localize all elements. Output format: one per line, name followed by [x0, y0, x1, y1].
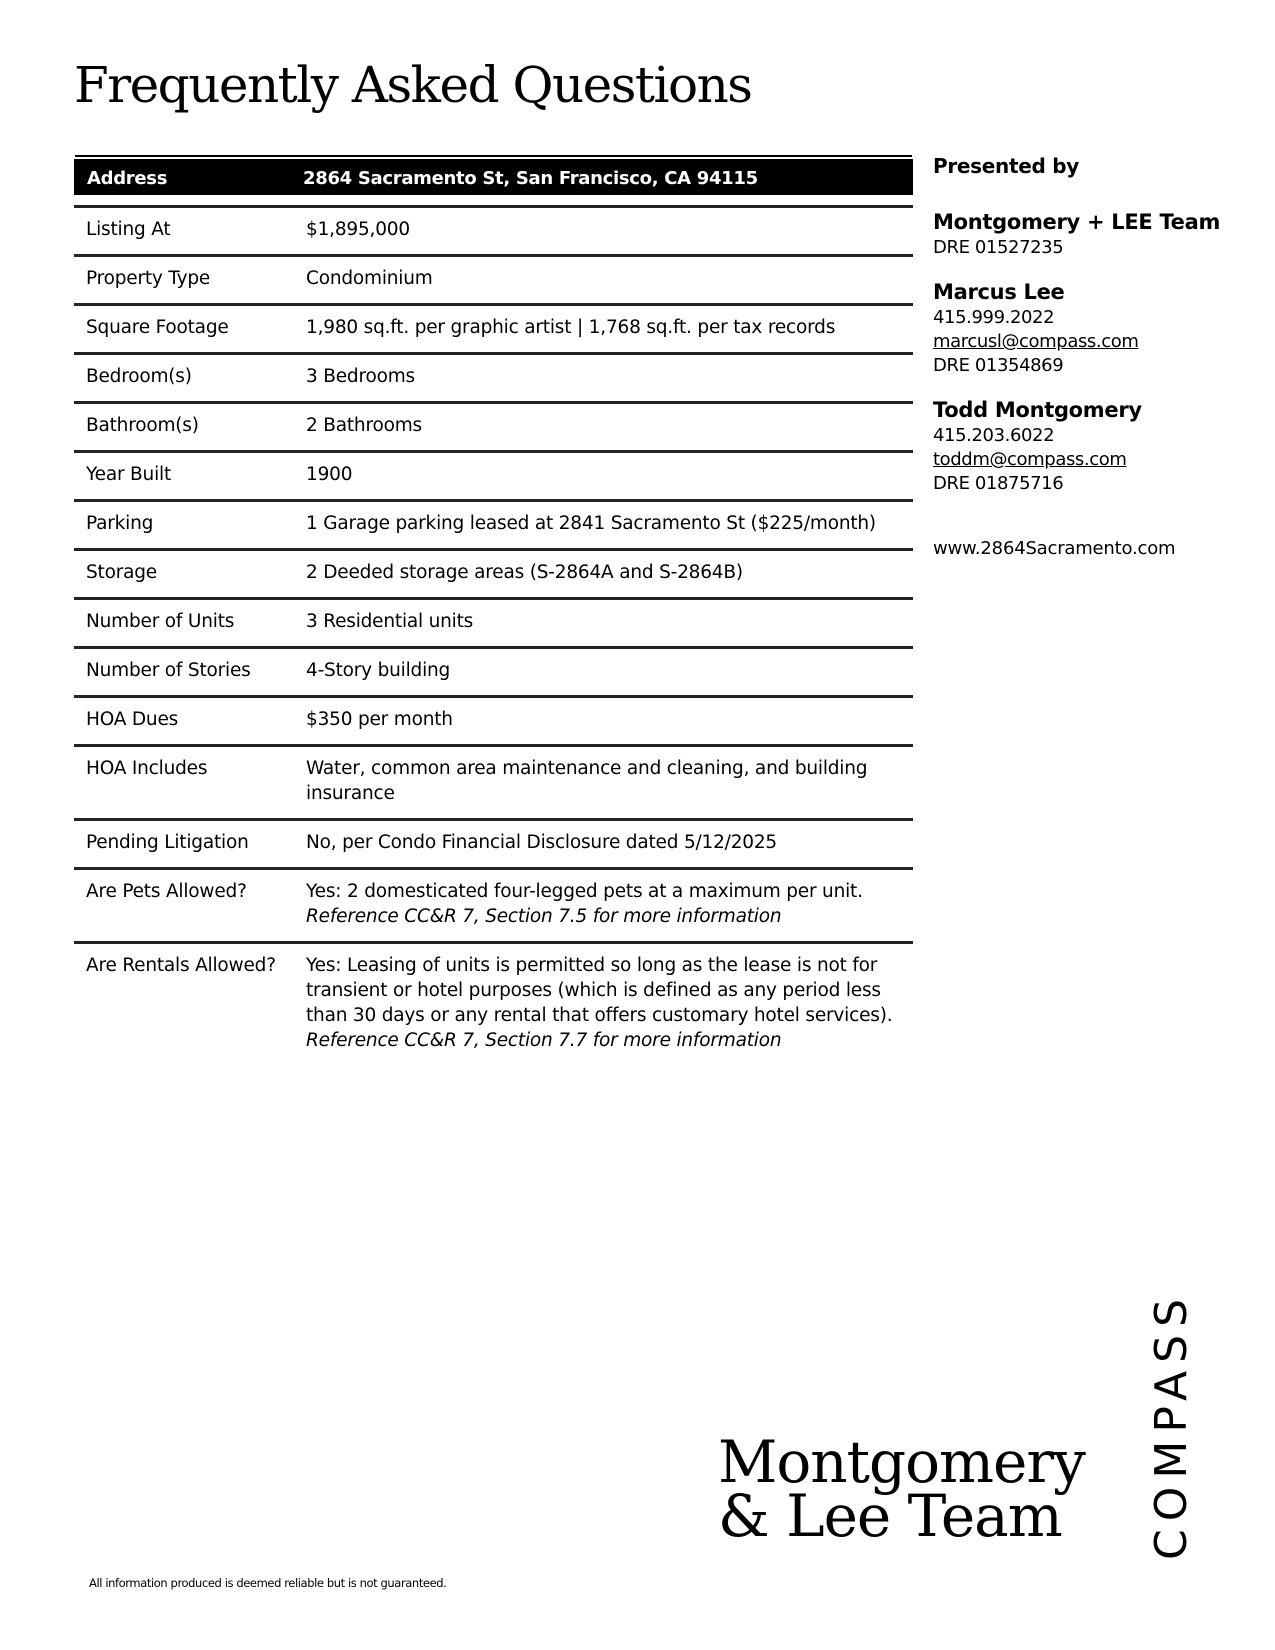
team-logo: Montgomery & Lee Team — [718, 1435, 1085, 1543]
table-row: Pending LitigationNo, per Condo Financia… — [74, 818, 913, 867]
agent-name: Marcus Lee — [933, 278, 1263, 306]
agent-dre: DRE 01875716 — [933, 472, 1263, 496]
table-row: Bathroom(s)2 Bathrooms — [74, 401, 913, 450]
table-row: Are Rentals Allowed?Yes: Leasing of unit… — [74, 941, 913, 1065]
row-value: No, per Condo Financial Disclosure dated… — [306, 830, 913, 855]
table-row: Year Built1900 — [74, 450, 913, 499]
row-value: Yes: 2 domesticated four-legged pets at … — [306, 879, 913, 929]
row-value: 1900 — [306, 462, 913, 487]
row-label: Bedroom(s) — [74, 364, 306, 389]
row-value-text: 2 Bathrooms — [306, 415, 422, 436]
agent-phone: 415.203.6022 — [933, 424, 1263, 448]
row-value-text: 1,980 sq.ft. per graphic artist | 1,768 … — [306, 317, 835, 338]
team-block: Montgomery + LEE Team DRE 01527235 — [933, 208, 1263, 260]
row-value-text: No, per Condo Financial Disclosure dated… — [306, 832, 777, 853]
row-reference-note: Reference CC&R 7, Section 7.7 for more i… — [306, 1028, 903, 1053]
row-value-text: 3 Bedrooms — [306, 366, 415, 387]
row-value-text: 2 Deeded storage areas (S-2864A and S-28… — [306, 562, 743, 583]
agent-block-todd-montgomery: Todd Montgomery 415.203.6022 toddm@compa… — [933, 396, 1263, 496]
team-name: Montgomery + LEE Team — [933, 208, 1263, 236]
header-value: 2864 Sacramento St, San Francisco, CA 94… — [303, 168, 758, 189]
disclaimer: All information produced is deemed relia… — [89, 1576, 446, 1590]
row-label: Number of Units — [74, 609, 306, 634]
presented-by-heading: Presented by — [933, 154, 1263, 178]
faq-table: Address 2864 Sacramento St, San Francisc… — [74, 159, 913, 1065]
table-row: Number of Units3 Residential units — [74, 597, 913, 646]
compass-logo: COMPASS — [1150, 1291, 1194, 1560]
agent-phone: 415.999.2022 — [933, 306, 1263, 330]
table-row: Square Footage1,980 sq.ft. per graphic a… — [74, 303, 913, 352]
row-value: Yes: Leasing of units is permitted so lo… — [306, 953, 913, 1053]
presented-by-panel: Presented by Montgomery + LEE Team DRE 0… — [933, 154, 1263, 559]
row-value-text: Yes: 2 domesticated four-legged pets at … — [306, 881, 863, 902]
agent-dre: DRE 01354869 — [933, 354, 1263, 378]
row-value: $1,895,000 — [306, 217, 913, 242]
row-value: Condominium — [306, 266, 913, 291]
agent-name: Todd Montgomery — [933, 396, 1263, 424]
agent-email-link[interactable]: toddm@compass.com — [933, 449, 1126, 470]
row-label: Year Built — [74, 462, 306, 487]
row-value: $350 per month — [306, 707, 913, 732]
row-value: 3 Residential units — [306, 609, 913, 634]
logo-line-1: Montgomery — [718, 1435, 1085, 1489]
row-value: 4-Story building — [306, 658, 913, 683]
table-row: Listing At$1,895,000 — [74, 205, 913, 254]
row-value: 1,980 sq.ft. per graphic artist | 1,768 … — [306, 315, 913, 340]
website-link[interactable]: www.2864Sacramento.com — [933, 538, 1263, 559]
table-row: Number of Stories4-Story building — [74, 646, 913, 695]
row-label: Storage — [74, 560, 306, 585]
row-value-text: Water, common area maintenance and clean… — [306, 758, 867, 804]
row-value: 3 Bedrooms — [306, 364, 913, 389]
row-label: HOA Includes — [74, 756, 306, 806]
table-header-row: Address 2864 Sacramento St, San Francisc… — [74, 159, 913, 195]
header-label: Address — [74, 168, 303, 189]
row-label: Property Type — [74, 266, 306, 291]
row-label: Parking — [74, 511, 306, 536]
page-title: Frequently Asked Questions — [74, 58, 751, 113]
row-label: Listing At — [74, 217, 306, 242]
row-label: HOA Dues — [74, 707, 306, 732]
row-value: 2 Bathrooms — [306, 413, 913, 438]
table-row: HOA Dues$350 per month — [74, 695, 913, 744]
table-row: Bedroom(s)3 Bedrooms — [74, 352, 913, 401]
row-value-text: $1,895,000 — [306, 219, 410, 240]
row-label: Square Footage — [74, 315, 306, 340]
row-value: Water, common area maintenance and clean… — [306, 756, 913, 806]
team-dre: DRE 01527235 — [933, 236, 1263, 260]
row-value-text: Yes: Leasing of units is permitted so lo… — [306, 955, 892, 1026]
row-value-text: 4-Story building — [306, 660, 450, 681]
table-body: Listing At$1,895,000Property TypeCondomi… — [74, 205, 913, 1065]
logo-line-2: & Lee Team — [718, 1489, 1085, 1543]
row-label: Bathroom(s) — [74, 413, 306, 438]
row-value-text: 1 Garage parking leased at 2841 Sacramen… — [306, 513, 876, 534]
table-row: Property TypeCondominium — [74, 254, 913, 303]
row-label: Are Rentals Allowed? — [74, 953, 306, 1053]
row-value-text: Condominium — [306, 268, 433, 289]
agent-block-marcus-lee: Marcus Lee 415.999.2022 marcusl@compass.… — [933, 278, 1263, 378]
table-row: Parking1 Garage parking leased at 2841 S… — [74, 499, 913, 548]
row-value-text: 3 Residential units — [306, 611, 473, 632]
table-row: Are Pets Allowed?Yes: 2 domesticated fou… — [74, 867, 913, 941]
row-value-text: 1900 — [306, 464, 352, 485]
row-label: Number of Stories — [74, 658, 306, 683]
row-label: Are Pets Allowed? — [74, 879, 306, 929]
agent-email-link[interactable]: marcusl@compass.com — [933, 331, 1138, 352]
row-value: 2 Deeded storage areas (S-2864A and S-28… — [306, 560, 913, 585]
row-value-text: $350 per month — [306, 709, 453, 730]
row-label: Pending Litigation — [74, 830, 306, 855]
table-row: Storage2 Deeded storage areas (S-2864A a… — [74, 548, 913, 597]
row-reference-note: Reference CC&R 7, Section 7.5 for more i… — [306, 904, 903, 929]
row-value: 1 Garage parking leased at 2841 Sacramen… — [306, 511, 913, 536]
table-row: HOA IncludesWater, common area maintenan… — [74, 744, 913, 818]
